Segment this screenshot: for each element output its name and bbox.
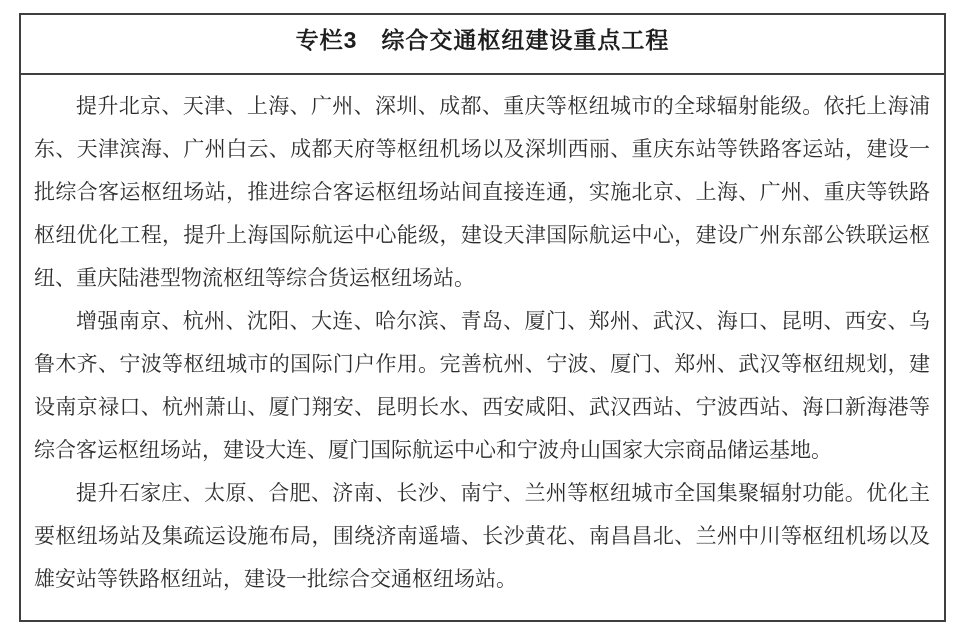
paragraph-regional-hubs: 提升石家庄、太原、合肥、济南、长沙、南宁、兰州等枢纽城市全国集聚辐射功能。优化主… [34, 472, 930, 601]
box-body: 提升北京、天津、上海、广州、深圳、成都、重庆等枢纽城市的全球辐射能级。依托上海浦… [21, 75, 944, 601]
page: 专栏3 综合交通枢纽建设重点工程 提升北京、天津、上海、广州、深圳、成都、重庆等… [0, 0, 969, 641]
paragraph-international-gateway-hubs: 增强南京、杭州、沈阳、大连、哈尔滨、青岛、厦门、郑州、武汉、海口、昆明、西安、乌… [34, 300, 930, 472]
paragraph-national-hubs: 提升北京、天津、上海、广州、深圳、成都、重庆等枢纽城市的全球辐射能级。依托上海浦… [34, 85, 930, 300]
feature-box: 专栏3 综合交通枢纽建设重点工程 提升北京、天津、上海、广州、深圳、成都、重庆等… [19, 13, 946, 622]
box-title: 专栏3 综合交通枢纽建设重点工程 [21, 15, 944, 75]
